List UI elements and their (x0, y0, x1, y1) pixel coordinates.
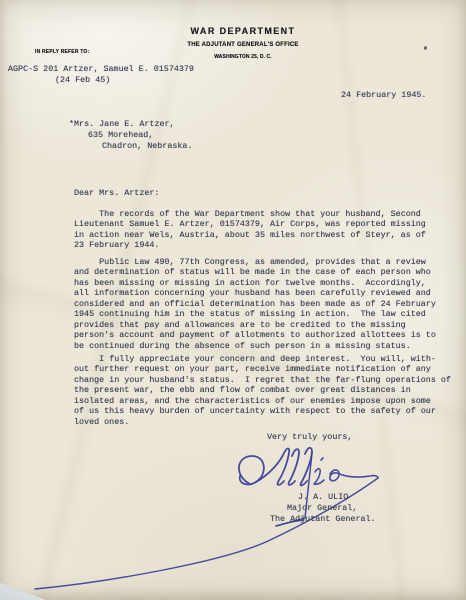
salutation: Dear Mrs. Artzer: (74, 188, 159, 198)
signer-rank: Major General, (287, 503, 357, 513)
date-line: 24 February 1945. (341, 90, 426, 100)
letter-page: WAR DEPARTMENT THE ADJUTANT GENERAL'S OF… (0, 0, 466, 600)
ink-speck (424, 46, 427, 50)
in-reply-refer-label: IN REPLY REFER TO: (35, 49, 89, 55)
recipient-street: 635 Morehead, (88, 130, 153, 140)
recipient-city: Chadron, Nebraska. (102, 141, 192, 151)
letterhead-city: WASHINGTON 25, D. C. (123, 54, 363, 60)
valediction: Very truly yours, (267, 432, 352, 442)
reference-file-date: (24 Feb 45) (55, 75, 110, 85)
letterhead-office: THE ADJUTANT GENERAL'S OFFICE (123, 42, 363, 48)
signer-name: J. A. ULIO (298, 492, 348, 502)
body-paragraph-3: I fully appreciate your concern and deep… (74, 354, 466, 427)
letterhead-department: WAR DEPARTMENT (123, 26, 363, 36)
recipient-name: *Mrs. Jane E. Artzer, (69, 119, 175, 129)
body-paragraph-1: The records of the War Department show t… (74, 209, 466, 251)
body-paragraph-2: Public Law 490, 77th Congress, as amende… (74, 257, 466, 351)
signer-title: The Adjutant General. (270, 514, 376, 524)
reference-file-line: AGPC-S 201 Artzer, Samuel E. 01574379 (8, 64, 194, 74)
page-corner-fold (0, 576, 46, 600)
